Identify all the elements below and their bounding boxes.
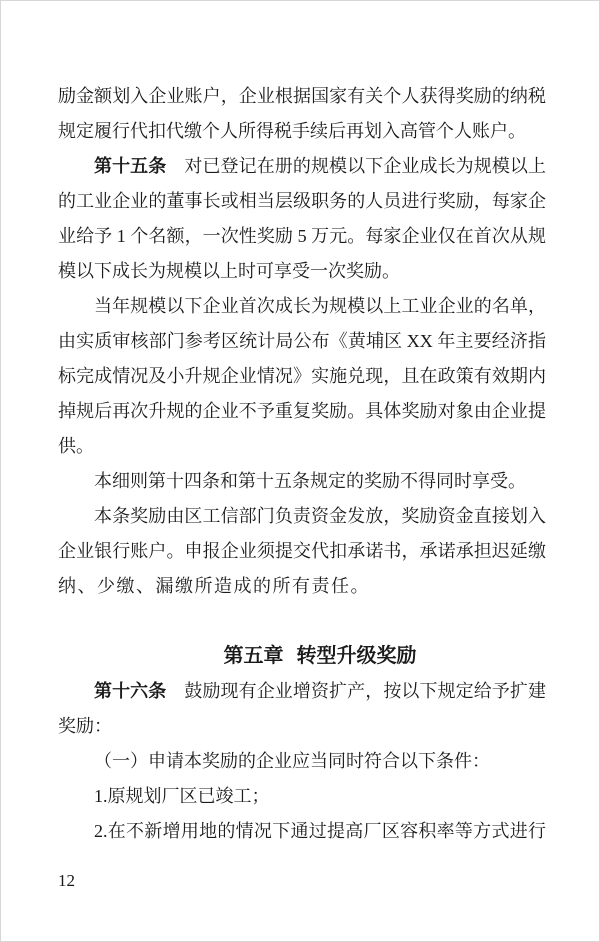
text-line: 励金额划入企业账户，企业根据国家有关个人获得奖励的纳税 <box>58 79 546 114</box>
chapter-heading: 第五章转型升级奖励 <box>58 639 546 674</box>
text-line: 企业银行账户。申报企业须提交代扣承诺书，承诺承担迟延缴 <box>58 534 546 569</box>
text-line: 规定履行代扣代缴个人所得税手续后再划入高管个人账户。 <box>58 114 546 149</box>
text-line: 供。 <box>58 429 546 464</box>
text-line: 由实质审核部门参考区统计局公布《黄埔区 XX 年主要经济指 <box>58 324 546 359</box>
article-term: 第十六条 <box>94 681 166 701</box>
document-body: 励金额划入企业账户，企业根据国家有关个人获得奖励的纳税 规定履行代扣代缴个人所得… <box>58 79 546 849</box>
text-line: 纳、少缴、漏缴所造成的所有责任。 <box>58 569 546 604</box>
text-line: 模以下成长为规模以上时可享受一次奖励。 <box>58 254 546 289</box>
article-text: 鼓励现有企业增资扩产，按以下规定给予扩建 <box>184 681 546 701</box>
page-number: 12 <box>58 863 75 898</box>
document-page: 励金额划入企业账户，企业根据国家有关个人获得奖励的纳税 规定履行代扣代缴个人所得… <box>0 0 600 942</box>
text-line: 第十五条对已登记在册的规模以下企业成长为规模以上 <box>58 149 546 184</box>
text-line: 标完成情况及小升规企业情况》实施兑现，且在政策有效期内 <box>58 359 546 394</box>
text-line: 1.原规划厂区已竣工； <box>58 779 546 814</box>
text-line: （一）申请本奖励的企业应当同时符合以下条件： <box>58 744 546 779</box>
article-term: 第十五条 <box>94 156 166 176</box>
text-line: 2.在不新增用地的情况下通过提高厂区容积率等方式进行 <box>58 814 546 849</box>
chapter-number: 第五章 <box>224 645 284 667</box>
text-line: 本条奖励由区工信部门负责资金发放，奖励资金直接划入 <box>58 499 546 534</box>
text-line: 本细则第十四条和第十五条规定的奖励不得同时享受。 <box>58 464 546 499</box>
text-line: 奖励： <box>58 709 546 744</box>
text-line: 当年规模以下企业首次成长为规模以上工业企业的名单， <box>58 289 546 324</box>
text-line: 第十六条鼓励现有企业增资扩产，按以下规定给予扩建 <box>58 674 546 709</box>
text-line: 的工业企业的董事长或相当层级职务的人员进行奖励，每家企 <box>58 184 546 219</box>
blank-line <box>58 604 546 639</box>
text-line: 业给予 1 个名额，一次性奖励 5 万元。每家企业仅在首次从规 <box>58 219 546 254</box>
text-line: 掉规后再次升规的企业不予重复奖励。具体奖励对象由企业提 <box>58 394 546 429</box>
chapter-title: 转型升级奖励 <box>297 645 417 667</box>
article-text: 对已登记在册的规模以下企业成长为规模以上 <box>184 156 546 176</box>
